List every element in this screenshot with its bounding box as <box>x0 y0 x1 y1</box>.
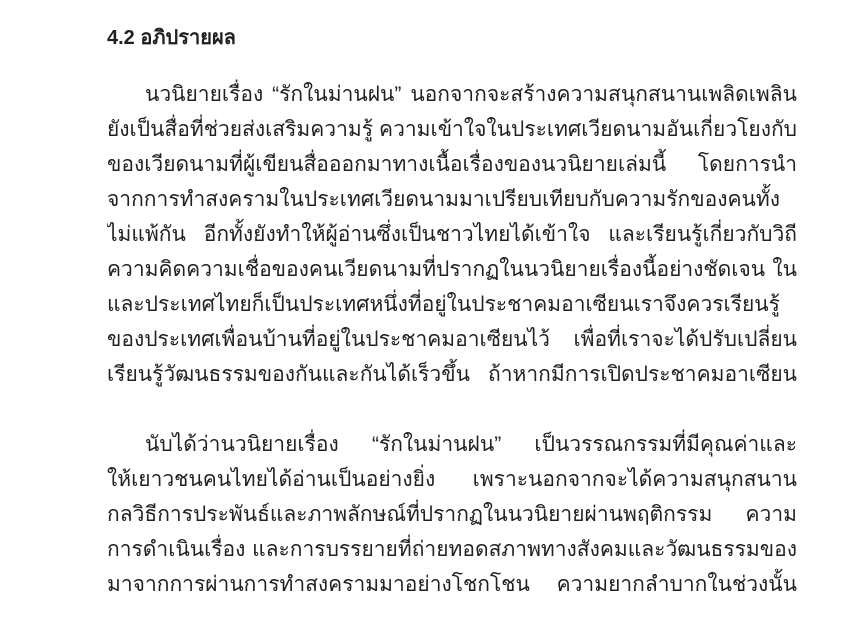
paragraph: นวนิยายเรื่อง “รักในม่านฝน” นอกจากจะสร้า… <box>107 77 797 392</box>
text-line: ของประเทศเพื่อนบ้านที่อยู่ในประชาคมอาเซี… <box>107 322 797 357</box>
text-line: การดำเนินเรื่อง และการบรรยายที่ถ่ายทอดสภ… <box>107 532 797 567</box>
text-line: ยังเป็นสื่อที่ช่วยส่งเสริมความรู้ ความเข… <box>107 112 797 147</box>
document-body: นวนิยายเรื่อง “รักในม่านฝน” นอกจากจะสร้า… <box>107 77 797 602</box>
text-line: ความคิดความเชื่อของคนเวียดนามที่ปรากฏในน… <box>107 252 797 287</box>
text-line: เรียนรู้วัฒนธรรมของกันและกันได้เร็วขึ้น … <box>107 357 797 392</box>
text-line: ของเวียดนามที่ผู้เขียนสื่อออกมาทางเนื้อเ… <box>107 147 797 182</box>
text-line: และประเทศไทยก็เป็นประเทศหนึ่งที่อยู่ในปร… <box>107 287 797 322</box>
text-line: ให้เยาวชนคนไทยได้อ่านเป็นอย่างยิ่ง เพราะ… <box>107 462 797 497</box>
text-line: ไม่แพ้กัน อีกทั้งยังทำให้ผู้อ่านซึ่งเป็น… <box>107 217 797 252</box>
section-heading: 4.2 อภิปรายผล <box>107 25 797 51</box>
text-line: นวนิยายเรื่อง “รักในม่านฝน” นอกจากจะสร้า… <box>107 77 797 112</box>
text-line: นับได้ว่านวนิยายเรื่อง “รักในม่านฝน” เป็… <box>107 427 797 462</box>
text-line: กลวิธีการประพันธ์และภาพลักษณ์ที่ปรากฏในน… <box>107 497 797 532</box>
paragraph: นับได้ว่านวนิยายเรื่อง “รักในม่านฝน” เป็… <box>107 427 797 602</box>
document-content: 4.2 อภิปรายผล นวนิยายเรื่อง “รักในม่านฝน… <box>107 25 797 630</box>
text-line: จากการทำสงครามในประเทศเวียดนามมาเปรียบเท… <box>107 182 797 217</box>
document-page: 4.2 อภิปรายผล นวนิยายเรื่อง “รักในม่านฝน… <box>0 0 850 630</box>
text-line: มาจากการผ่านการทำสงครามมาอย่างโชกโชน ควา… <box>107 567 797 602</box>
